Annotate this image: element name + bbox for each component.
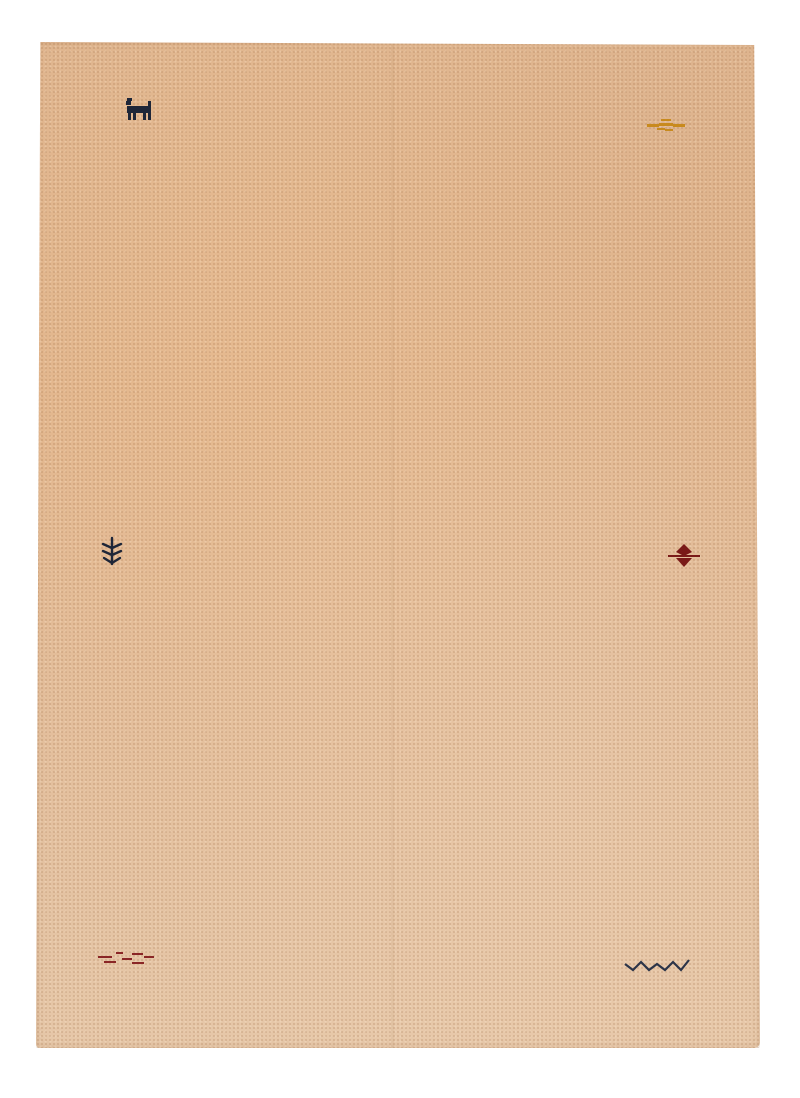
rug xyxy=(36,42,760,1048)
dashes-motif-icon xyxy=(98,952,156,970)
zigzag-line-motif-icon xyxy=(623,958,693,974)
tree-motif-icon xyxy=(100,536,124,566)
animal-motif-icon xyxy=(124,98,154,122)
zigzag-motif-icon xyxy=(645,119,689,133)
diamond-motif-icon xyxy=(664,543,704,569)
